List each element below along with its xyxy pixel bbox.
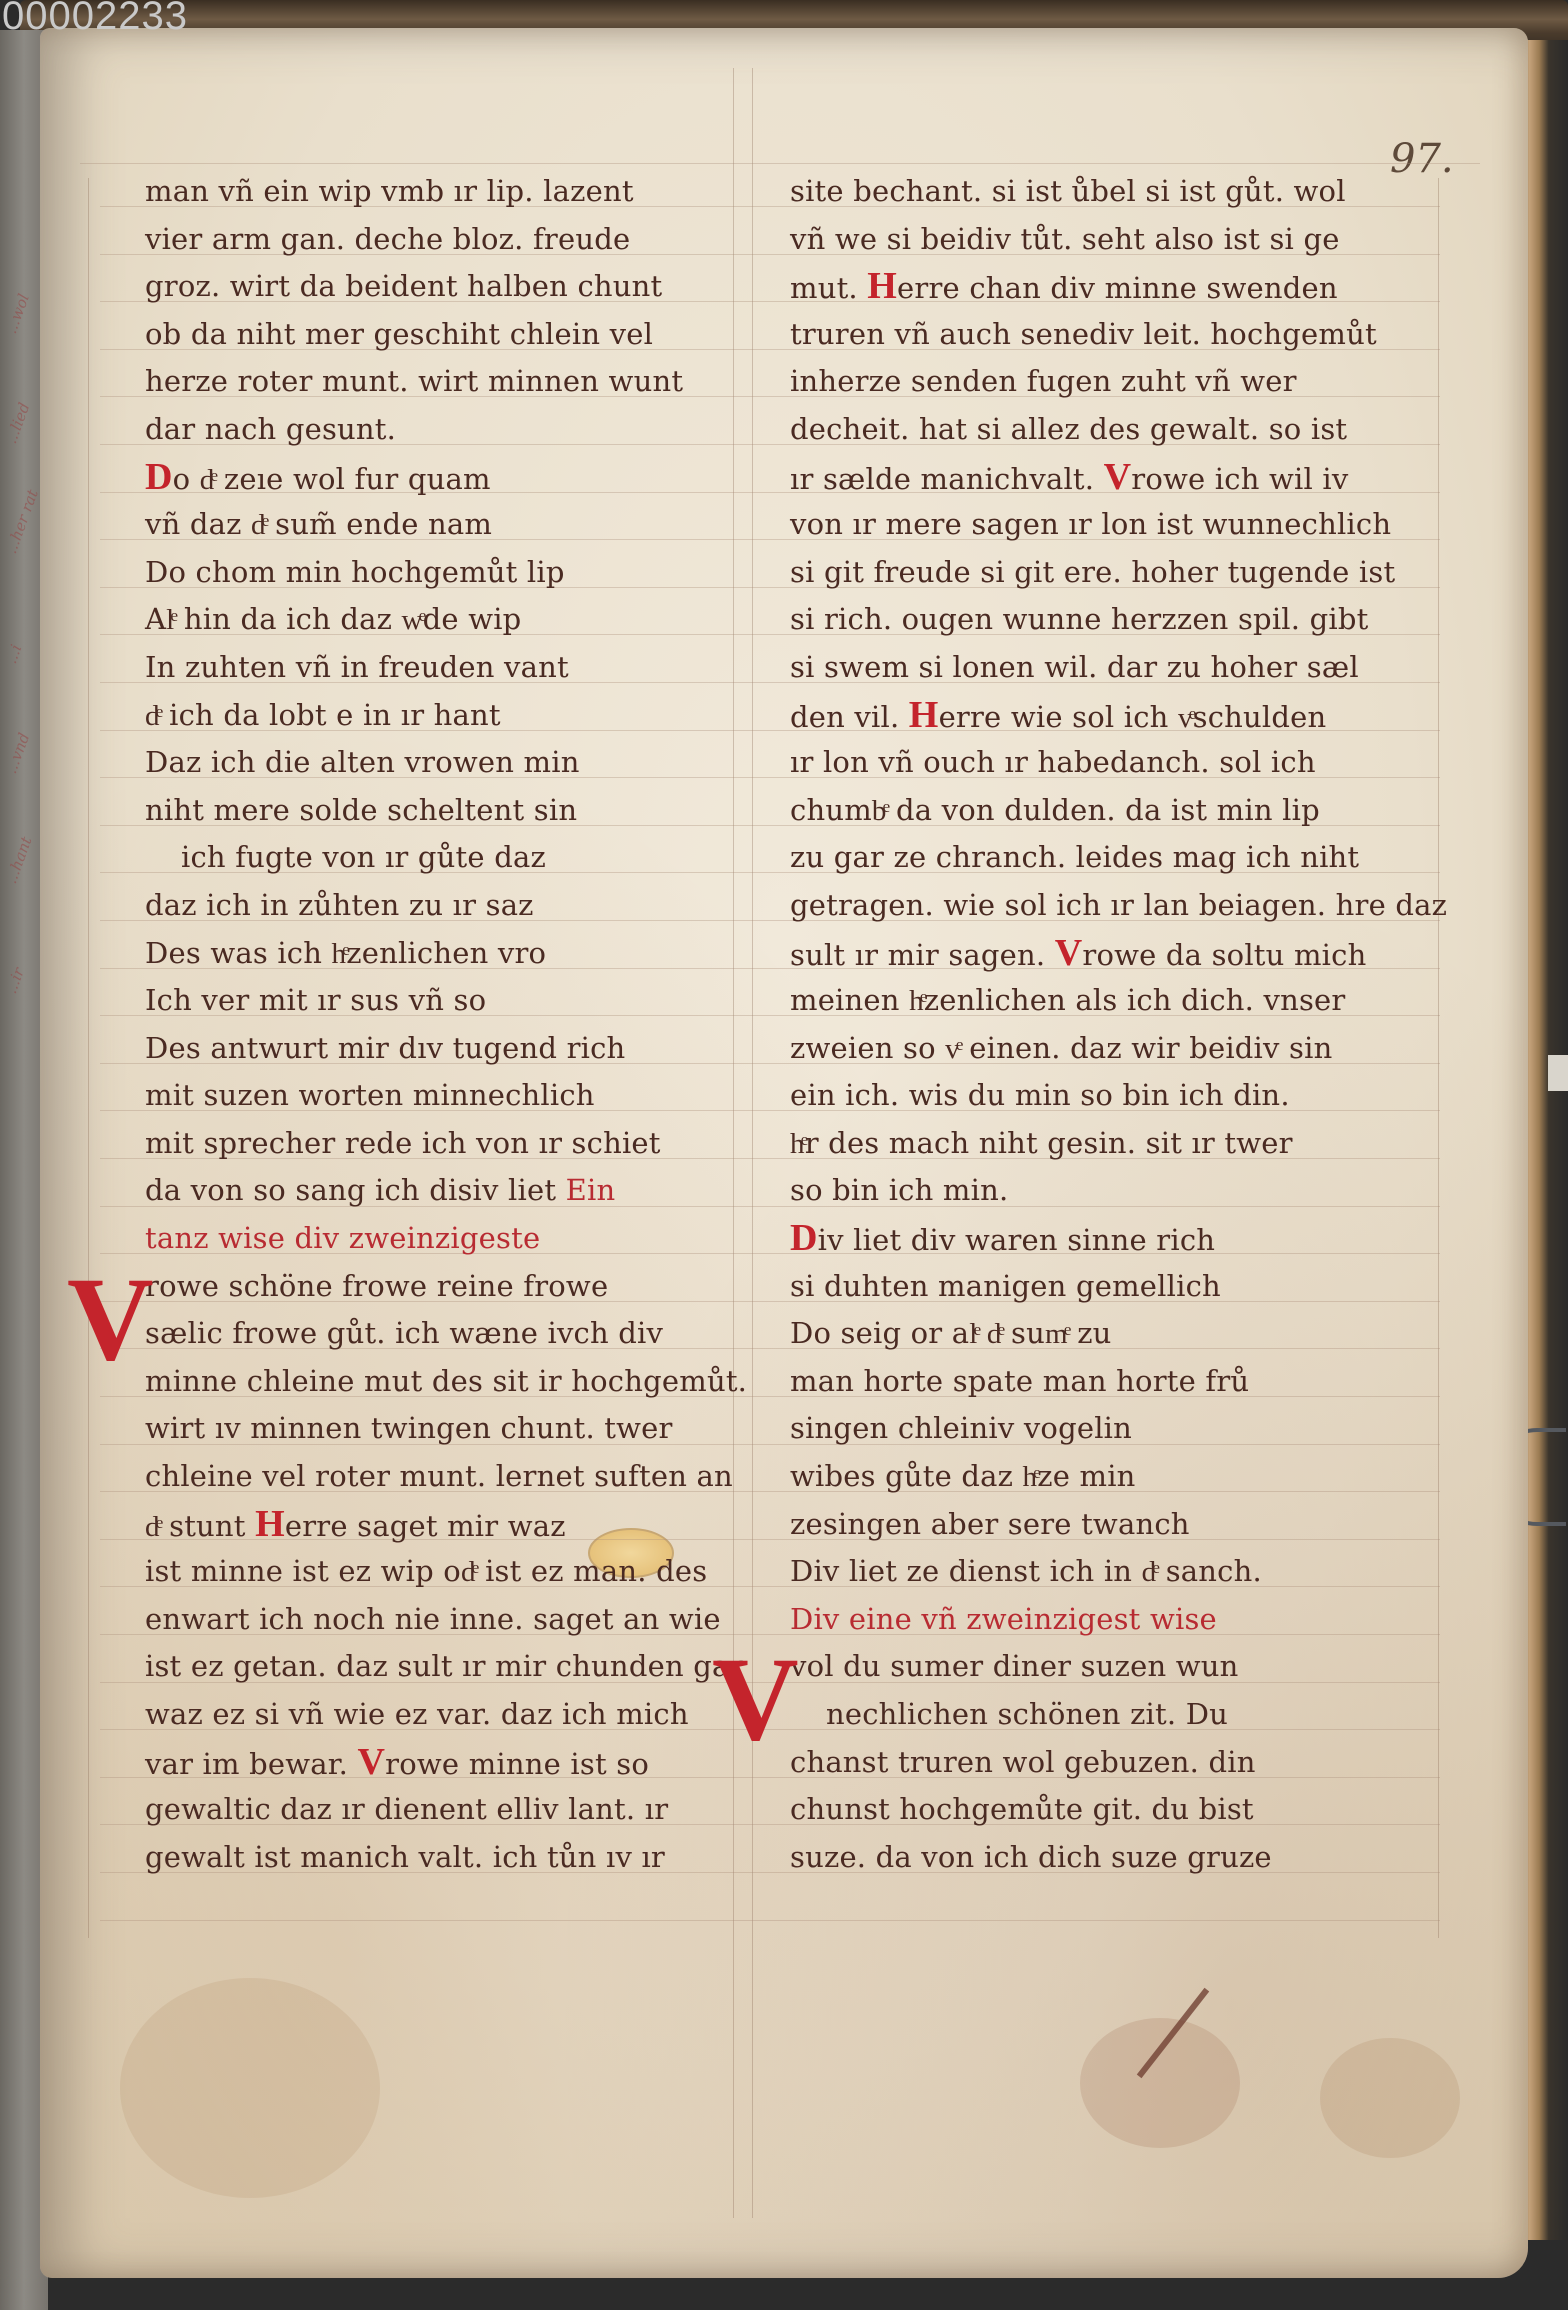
line-text: enwart ich noch nie inne. saget an wie xyxy=(145,1602,721,1636)
line-text: gewaltic daz ır dienent elliv lant. ır xyxy=(145,1792,668,1826)
stain xyxy=(1320,2038,1460,2158)
text-line: man vñ ein wip vmb ır lip. lazent xyxy=(145,168,765,216)
text-line: ob da niht mer geschiht chlein vel xyxy=(145,311,765,359)
line-text: erre wie sol ich vͤschulden xyxy=(939,700,1327,734)
text-line: sult ır mir sagen. Vrowe da soltu mich xyxy=(790,930,1410,978)
line-text: chunst hochgemůte git. du bist xyxy=(790,1792,1254,1826)
text-line: enwart ich noch nie inne. saget an wie xyxy=(145,1596,765,1644)
ghost-text: ...vnd xyxy=(2,729,34,777)
text-line: vñ daz dͤ sum̃ ende nam xyxy=(145,501,765,549)
red-initial: V xyxy=(1055,932,1083,974)
red-initial: D xyxy=(145,456,173,498)
text-line: dͤ ich da lobt e in ır hant xyxy=(145,692,765,740)
line-text: singen chleiniv vogelin xyxy=(790,1411,1132,1445)
line-text: chleine vel roter munt. lernet suften an xyxy=(145,1459,733,1493)
text-line: Des was ich hͤzenlichen vro xyxy=(145,930,765,978)
text-line: dar nach gesunt. xyxy=(145,406,765,454)
text-line: dͤ stunt Herre saget mir waz xyxy=(145,1501,765,1549)
text-line: inherze senden fugen zuht vñ wer xyxy=(790,358,1410,406)
text-line: si swem si lonen wil. dar zu hoher sæl xyxy=(790,644,1410,692)
text-line: vier arm gan. deche bloz. freude xyxy=(145,216,765,264)
text-line: ist minne ist ez wip odͤ ist ez man. des xyxy=(145,1548,765,1596)
text-line: Daz ich die alten vrowen min xyxy=(145,739,765,787)
line-text: ır lon vñ ouch ır habedanch. sol ich xyxy=(790,745,1316,779)
text-line: Div eine vñ zweinzigest wise xyxy=(790,1596,1410,1644)
line-text: vñ daz dͤ sum̃ ende nam xyxy=(145,507,492,541)
line-text: ır sælde manichvalt. xyxy=(790,462,1094,496)
text-line: herze roter munt. wirt minnen wunt xyxy=(145,358,765,406)
stain xyxy=(1080,2018,1240,2148)
text-line: mit sprecher rede ich von ır schiet xyxy=(145,1120,765,1168)
stain xyxy=(120,1978,380,2198)
line-text: so bin ich min. xyxy=(790,1173,1008,1207)
text-line: Div liet div waren sinne rich xyxy=(790,1215,1410,1263)
text-line: chanst truren wol gebuzen. din xyxy=(790,1739,1410,1787)
line-text: vñ we si beidiv tůt. seht also ist si ge xyxy=(790,222,1340,256)
ghost-text: ...hant xyxy=(2,839,34,887)
ruling-line xyxy=(1438,178,1439,1938)
line-text: vol du sumer diner suzen wun xyxy=(790,1649,1239,1683)
line-text: hͤr des mach niht gesin. sit ır twer xyxy=(790,1126,1293,1160)
text-line: daz ich in zůhten zu ır saz xyxy=(145,882,765,930)
text-line: truren vñ auch senediv leit. hochgemůt xyxy=(790,311,1410,359)
text-line: Ich ver mit ır sus vñ so xyxy=(145,977,765,1025)
text-line: wibes gůte daz hͤze min xyxy=(790,1453,1410,1501)
line-text: da von so sang ich disiv liet xyxy=(145,1173,556,1207)
text-line: ein ich. wis du min so bin ich din. xyxy=(790,1072,1410,1120)
line-text: herze roter munt. wirt minnen wunt xyxy=(145,364,683,398)
text-line: waz ez si vñ wie ez var. daz ich mich xyxy=(145,1691,765,1739)
text-line: groz. wirt da beident halben chunt xyxy=(145,263,765,311)
frame-number: 00002233 xyxy=(2,0,188,39)
text-line: suze. da von ich dich suze gruze xyxy=(790,1834,1410,1882)
text-line: so bin ich min. xyxy=(790,1167,1410,1215)
line-text: si rich. ougen wunne herzzen spil. gibt xyxy=(790,602,1368,636)
text-line: chunst hochgemůte git. du bist xyxy=(790,1786,1410,1834)
line-text: Div liet ze dienst ich in dͤ sanch. xyxy=(790,1554,1262,1588)
line-text: var im bewar. xyxy=(145,1747,348,1781)
page-tab xyxy=(1548,1055,1568,1091)
text-line: Des antwurt mir dıv tugend rich xyxy=(145,1025,765,1073)
text-line: chleine vel roter munt. lernet suften an xyxy=(145,1453,765,1501)
line-text: si git freude si git ere. hoher tugende … xyxy=(790,555,1395,589)
line-text: Daz ich die alten vrowen min xyxy=(145,745,580,779)
text-line: niht mere solde scheltent sin xyxy=(145,787,765,835)
ghost-text: ...wol xyxy=(2,289,34,337)
line-text: rowe minne ist so xyxy=(385,1747,649,1781)
text-line: von ır mere sagen ır lon ist wunnechlich xyxy=(790,501,1410,549)
line-text: chumbͤ da von dulden. da ist min lip xyxy=(790,793,1320,827)
text-line: ich fugte von ır gůte daz xyxy=(145,834,765,882)
line-text: wibes gůte daz hͤze min xyxy=(790,1459,1136,1493)
right-text-column: site bechant. si ist ůbel si ist gůt. wo… xyxy=(790,168,1410,1881)
line-text: Do seig or alͤ dͤ sumͤ zu xyxy=(790,1316,1112,1350)
red-initial: H xyxy=(867,265,897,307)
text-line: da von so sang ich disiv liet Ein xyxy=(145,1167,765,1215)
line-text: iv liet div waren sinne rich xyxy=(818,1223,1215,1257)
line-text: ist ez getan. daz sult ır mir chunden ga… xyxy=(145,1649,744,1683)
text-line: var im bewar. Vrowe minne ist so xyxy=(145,1739,765,1787)
line-text: Ich ver mit ır sus vñ so xyxy=(145,983,486,1017)
decorated-initial: V xyxy=(67,1259,154,1379)
text-line: Do chom min hochgemůt lip xyxy=(145,549,765,597)
text-line: Do dͤ zeıe wol fur quam xyxy=(145,454,765,502)
line-text: vier arm gan. deche bloz. freude xyxy=(145,222,630,256)
text-line: Vrowe schöne frowe reine frowe xyxy=(145,1263,765,1311)
text-line: den vil. Herre wie sol ich vͤschulden xyxy=(790,692,1410,740)
line-text: sælic frowe gůt. ich wæne ivch div xyxy=(145,1316,663,1350)
red-initial: V xyxy=(1104,456,1132,498)
text-line: tanz wise div zweinzigeste xyxy=(145,1215,765,1263)
line-text: tanz wise div zweinzigeste xyxy=(145,1221,540,1255)
ruling-line xyxy=(80,163,1480,164)
line-text: mit suzen worten minnechlich xyxy=(145,1078,595,1112)
line-text: nechlichen schönen zit. Du xyxy=(826,1697,1228,1731)
ghost-text: ...lied xyxy=(2,399,34,447)
line-text: Alͤ hin da ich daz wͤde wip xyxy=(145,602,521,636)
text-line: Alͤ hin da ich daz wͤde wip xyxy=(145,596,765,644)
text-line: ist ez getan. daz sult ır mir chunden ga… xyxy=(145,1643,765,1691)
text-line: vñ we si beidiv tůt. seht also ist si ge xyxy=(790,216,1410,264)
line-text: minne chleine mut des sit ir hochgemůt. xyxy=(145,1364,747,1398)
ghost-text: ...ir xyxy=(2,949,34,997)
line-text: rowe da soltu mich xyxy=(1082,938,1366,972)
line-text: mut. xyxy=(790,271,858,305)
line-text: Do chom min hochgemůt lip xyxy=(145,555,565,589)
line-text: erre saget mir waz xyxy=(285,1509,566,1543)
line-text: decheit. hat si allez des gewalt. so ist xyxy=(790,412,1347,446)
line-text: meinen hͤzenlichen als ich dich. vnser xyxy=(790,983,1345,1017)
line-text: den vil. xyxy=(790,700,899,734)
line-text: Des was ich hͤzenlichen vro xyxy=(145,936,546,970)
text-line: gewaltic daz ır dienent elliv lant. ır xyxy=(145,1786,765,1834)
line-text: dͤ ich da lobt e in ır hant xyxy=(145,698,501,732)
text-line: In zuhten vñ in freuden vant xyxy=(145,644,765,692)
text-line: si duhten manigen gemellich xyxy=(790,1263,1410,1311)
line-text: mit sprecher rede ich von ır schiet xyxy=(145,1126,661,1160)
line-text: erre chan div minne swenden xyxy=(897,271,1338,305)
text-line: meinen hͤzenlichen als ich dich. vnser xyxy=(790,977,1410,1025)
text-line: si rich. ougen wunne herzzen spil. gibt xyxy=(790,596,1410,644)
text-line: sælic frowe gůt. ich wæne ivch div xyxy=(145,1310,765,1358)
line-text: chanst truren wol gebuzen. din xyxy=(790,1745,1256,1779)
line-text: Div eine vñ zweinzigest wise xyxy=(790,1602,1217,1636)
text-line: chumbͤ da von dulden. da ist min lip xyxy=(790,787,1410,835)
line-text: zu gar ze chranch. leides mag ich niht xyxy=(790,840,1359,874)
text-line: Vvol du sumer diner suzen wun xyxy=(790,1643,1410,1691)
line-text: Des antwurt mir dıv tugend rich xyxy=(145,1031,625,1065)
text-line: decheit. hat si allez des gewalt. so ist xyxy=(790,406,1410,454)
line-text: In zuhten vñ in freuden vant xyxy=(145,650,569,684)
line-text: o dͤ zeıe wol fur quam xyxy=(173,462,491,496)
text-line: zweien so vͤ einen. daz wir beidiv sin xyxy=(790,1025,1410,1073)
text-line: minne chleine mut des sit ir hochgemůt. xyxy=(145,1358,765,1406)
line-text: dͤ stunt xyxy=(145,1509,246,1543)
left-text-column: man vñ ein wip vmb ır lip. lazentvier ar… xyxy=(145,168,765,1881)
text-line: ır sælde manichvalt. Vrowe ich wil iv xyxy=(790,454,1410,502)
line-text: gewalt ist manich valt. ich tůn ıv ır xyxy=(145,1840,665,1874)
line-text: man vñ ein wip vmb ır lip. lazent xyxy=(145,174,634,208)
text-line: ır lon vñ ouch ır habedanch. sol ich xyxy=(790,739,1410,787)
line-text: rowe ich wil iv xyxy=(1131,462,1348,496)
line-text: dar nach gesunt. xyxy=(145,412,396,446)
red-initial: D xyxy=(790,1217,818,1259)
text-line: zesingen aber sere twanch xyxy=(790,1501,1410,1549)
ruling-line xyxy=(100,1920,1440,1921)
red-initial: H xyxy=(909,694,939,736)
line-text: ist minne ist ez wip odͤ ist ez man. des xyxy=(145,1554,707,1588)
line-text: man horte spate man horte frů xyxy=(790,1364,1249,1398)
line-text: truren vñ auch senediv leit. hochgemůt xyxy=(790,317,1377,351)
text-line: Div liet ze dienst ich in dͤ sanch. xyxy=(790,1548,1410,1596)
ruling-line xyxy=(88,178,89,1938)
line-text: ein ich. wis du min so bin ich din. xyxy=(790,1078,1290,1112)
line-text: zesingen aber sere twanch xyxy=(790,1507,1190,1541)
line-text: si duhten manigen gemellich xyxy=(790,1269,1221,1303)
text-line: hͤr des mach niht gesin. sit ır twer xyxy=(790,1120,1410,1168)
text-line: wirt ıv minnen twingen chunt. twer xyxy=(145,1405,765,1453)
line-text: ob da niht mer geschiht chlein vel xyxy=(145,317,653,351)
text-line: site bechant. si ist ůbel si ist gůt. wo… xyxy=(790,168,1410,216)
text-line: gewalt ist manich valt. ich tůn ıv ır xyxy=(145,1834,765,1882)
ghost-text: ...her rat xyxy=(2,509,34,557)
line-text: groz. wirt da beident halben chunt xyxy=(145,269,662,303)
text-line: zu gar ze chranch. leides mag ich niht xyxy=(790,834,1410,882)
text-line: mut. Herre chan div minne swenden xyxy=(790,263,1410,311)
line-text: site bechant. si ist ůbel si ist gůt. wo… xyxy=(790,174,1346,208)
line-text: suze. da von ich dich suze gruze xyxy=(790,1840,1272,1874)
red-initial: H xyxy=(255,1503,285,1545)
line-text: inherze senden fugen zuht vñ wer xyxy=(790,364,1297,398)
line-text: daz ich in zůhten zu ır saz xyxy=(145,888,534,922)
decorated-initial: V xyxy=(712,1639,799,1759)
line-text: zweien so vͤ einen. daz wir beidiv sin xyxy=(790,1031,1332,1065)
text-line: mit suzen worten minnechlich xyxy=(145,1072,765,1120)
text-line: man horte spate man horte frů xyxy=(790,1358,1410,1406)
text-line: si git freude si git ere. hoher tugende … xyxy=(790,549,1410,597)
text-line: nechlichen schönen zit. Du xyxy=(790,1691,1410,1739)
line-text: waz ez si vñ wie ez var. daz ich mich xyxy=(145,1697,689,1731)
line-text: sult ır mir sagen. xyxy=(790,938,1045,972)
ghost-text: ...i xyxy=(2,619,34,667)
text-line: singen chleiniv vogelin xyxy=(790,1405,1410,1453)
line-text: niht mere solde scheltent sin xyxy=(145,793,577,827)
rubric-text: Ein xyxy=(566,1173,616,1207)
red-initial: V xyxy=(358,1741,386,1783)
line-text: wirt ıv minnen twingen chunt. twer xyxy=(145,1411,673,1445)
line-text: ich fugte von ır gůte daz xyxy=(181,840,546,874)
line-text: rowe schöne frowe reine frowe xyxy=(145,1269,608,1303)
line-text: getragen. wie sol ich ır lan beiagen. hr… xyxy=(790,888,1447,922)
text-line: getragen. wie sol ich ır lan beiagen. hr… xyxy=(790,882,1410,930)
text-line: Do seig or alͤ dͤ sumͤ zu xyxy=(790,1310,1410,1358)
line-text: von ır mere sagen ır lon ist wunnechlich xyxy=(790,507,1391,541)
line-text: si swem si lonen wil. dar zu hoher sæl xyxy=(790,650,1359,684)
